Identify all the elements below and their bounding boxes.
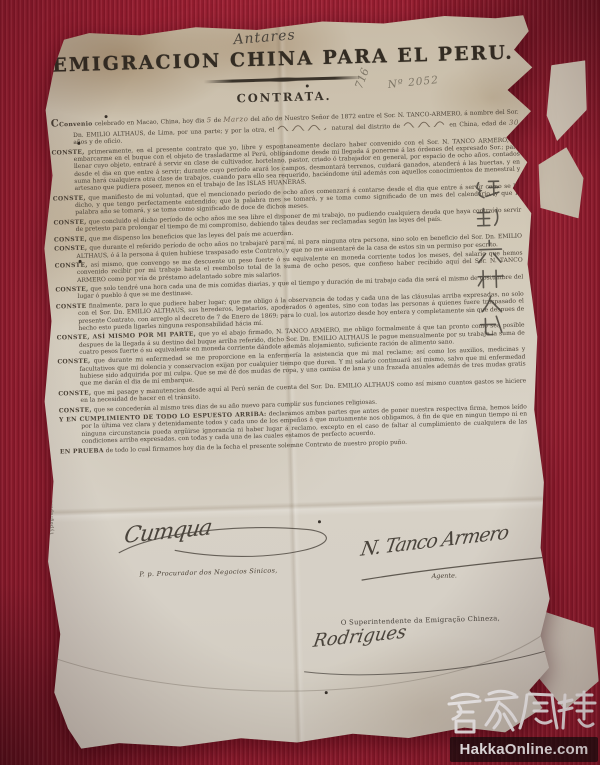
- handwritten-day: 5: [207, 116, 212, 124]
- ornamental-rule: [204, 76, 364, 83]
- signature-agent: N. Tanco Armero: [360, 528, 509, 554]
- photo-background-red-fabric: Antares EMIGRACION CHINA PARA EL PERU. C…: [0, 0, 600, 765]
- signature-superintendent: Rodrigues: [313, 625, 407, 649]
- handwritten-district-scribble: [403, 120, 447, 128]
- handwritten-month: Marzo: [223, 115, 248, 124]
- contract-body: CConvenio celebrado en Macao, China, hoy…: [51, 106, 529, 475]
- pin-hole: [325, 691, 328, 694]
- printer-imprint: Typographia de J. da Silva.: [46, 395, 55, 535]
- handwritten-ship-name: Antares: [233, 27, 296, 48]
- document-paper: Antares EMIGRACION CHINA PARA EL PERU. C…: [28, 9, 556, 751]
- signature-caption-agente: Agente.: [431, 571, 457, 580]
- signature-caption-procurador: P. p. Procurador dos Negocios Sinicos,: [139, 566, 277, 578]
- pin-hole: [79, 260, 82, 263]
- pin-hole: [105, 115, 108, 118]
- watermark-site-band: HakkaOnline.com: [450, 737, 598, 762]
- pin-hole: [306, 84, 309, 87]
- pin-hole: [318, 520, 321, 523]
- torn-paper-flap: [534, 146, 587, 222]
- document-title: EMIGRACION CHINA PARA EL PERU.: [29, 41, 537, 77]
- handwritten-age: 30: [509, 119, 519, 127]
- clause-label: Convenio: [59, 120, 93, 128]
- watermark-calligraphy: [446, 688, 598, 738]
- chinese-handwriting: [472, 178, 508, 337]
- handwritten-name-scribble: [277, 123, 329, 131]
- watermark-site-text: HakkaOnline.com: [460, 741, 589, 758]
- torn-paper-flap: [540, 55, 595, 145]
- signature-procurador: Cumqua: [124, 518, 212, 545]
- pin-hole: [77, 142, 80, 145]
